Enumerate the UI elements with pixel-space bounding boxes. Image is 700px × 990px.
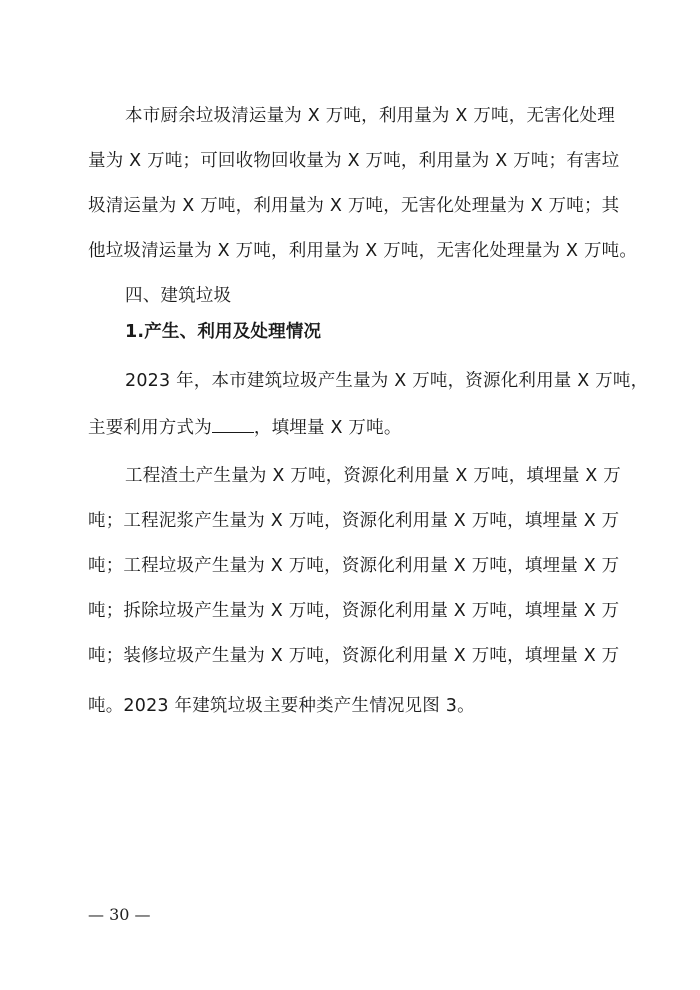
paragraph-3-line-5: 吨；装修垃圾产生量为 X 万吨，资源化利用量 X 万吨，填埋量 X 万: [88, 644, 612, 668]
paragraph-1-line-3: 圾清运量为 X 万吨，利用量为 X 万吨，无害化处理量为 X 万吨；其: [88, 194, 612, 218]
paragraph-3-line-1: 工程渣土产生量为 X 万吨，资源化利用量 X 万吨，填埋量 X 万: [125, 464, 612, 488]
paragraph-3-line-6: 吨。2023 年建筑垃圾主要种类产生情况见图 3。: [88, 694, 612, 718]
paragraph-2-line-1: 2023 年，本市建筑垃圾产生量为 X 万吨，资源化利用量 X 万吨，: [125, 369, 612, 393]
paragraph-2-text-before-blank: 主要利用方式为: [88, 418, 212, 438]
paragraph-1-line-4: 他垃圾清运量为 X 万吨，利用量为 X 万吨，无害化处理量为 X 万吨。: [88, 239, 612, 263]
paragraph-3-line-4: 吨；拆除垃圾产生量为 X 万吨，资源化利用量 X 万吨，填埋量 X 万: [88, 599, 612, 623]
subsection-heading: 1.产生、利用及处理情况: [125, 320, 612, 344]
section-heading: 四、建筑垃圾: [125, 284, 612, 308]
page-number: — 30 —: [88, 905, 151, 924]
fill-in-blank: [212, 414, 254, 433]
paragraph-2-text-after-blank: ，填埋量 X 万吨。: [254, 418, 402, 438]
paragraph-1-line-2: 量为 X 万吨；可回收物回收量为 X 万吨，利用量为 X 万吨；有害垃: [88, 149, 612, 173]
paragraph-3-line-3: 吨；工程垃圾产生量为 X 万吨，资源化利用量 X 万吨，填埋量 X 万: [88, 554, 612, 578]
paragraph-3-line-2: 吨；工程泥浆产生量为 X 万吨，资源化利用量 X 万吨，填埋量 X 万: [88, 509, 612, 533]
paragraph-2-line-2: 主要利用方式为，填埋量 X 万吨。: [88, 414, 612, 440]
paragraph-1-line-1: 本市厨余垃圾清运量为 X 万吨，利用量为 X 万吨，无害化处理: [125, 104, 612, 128]
